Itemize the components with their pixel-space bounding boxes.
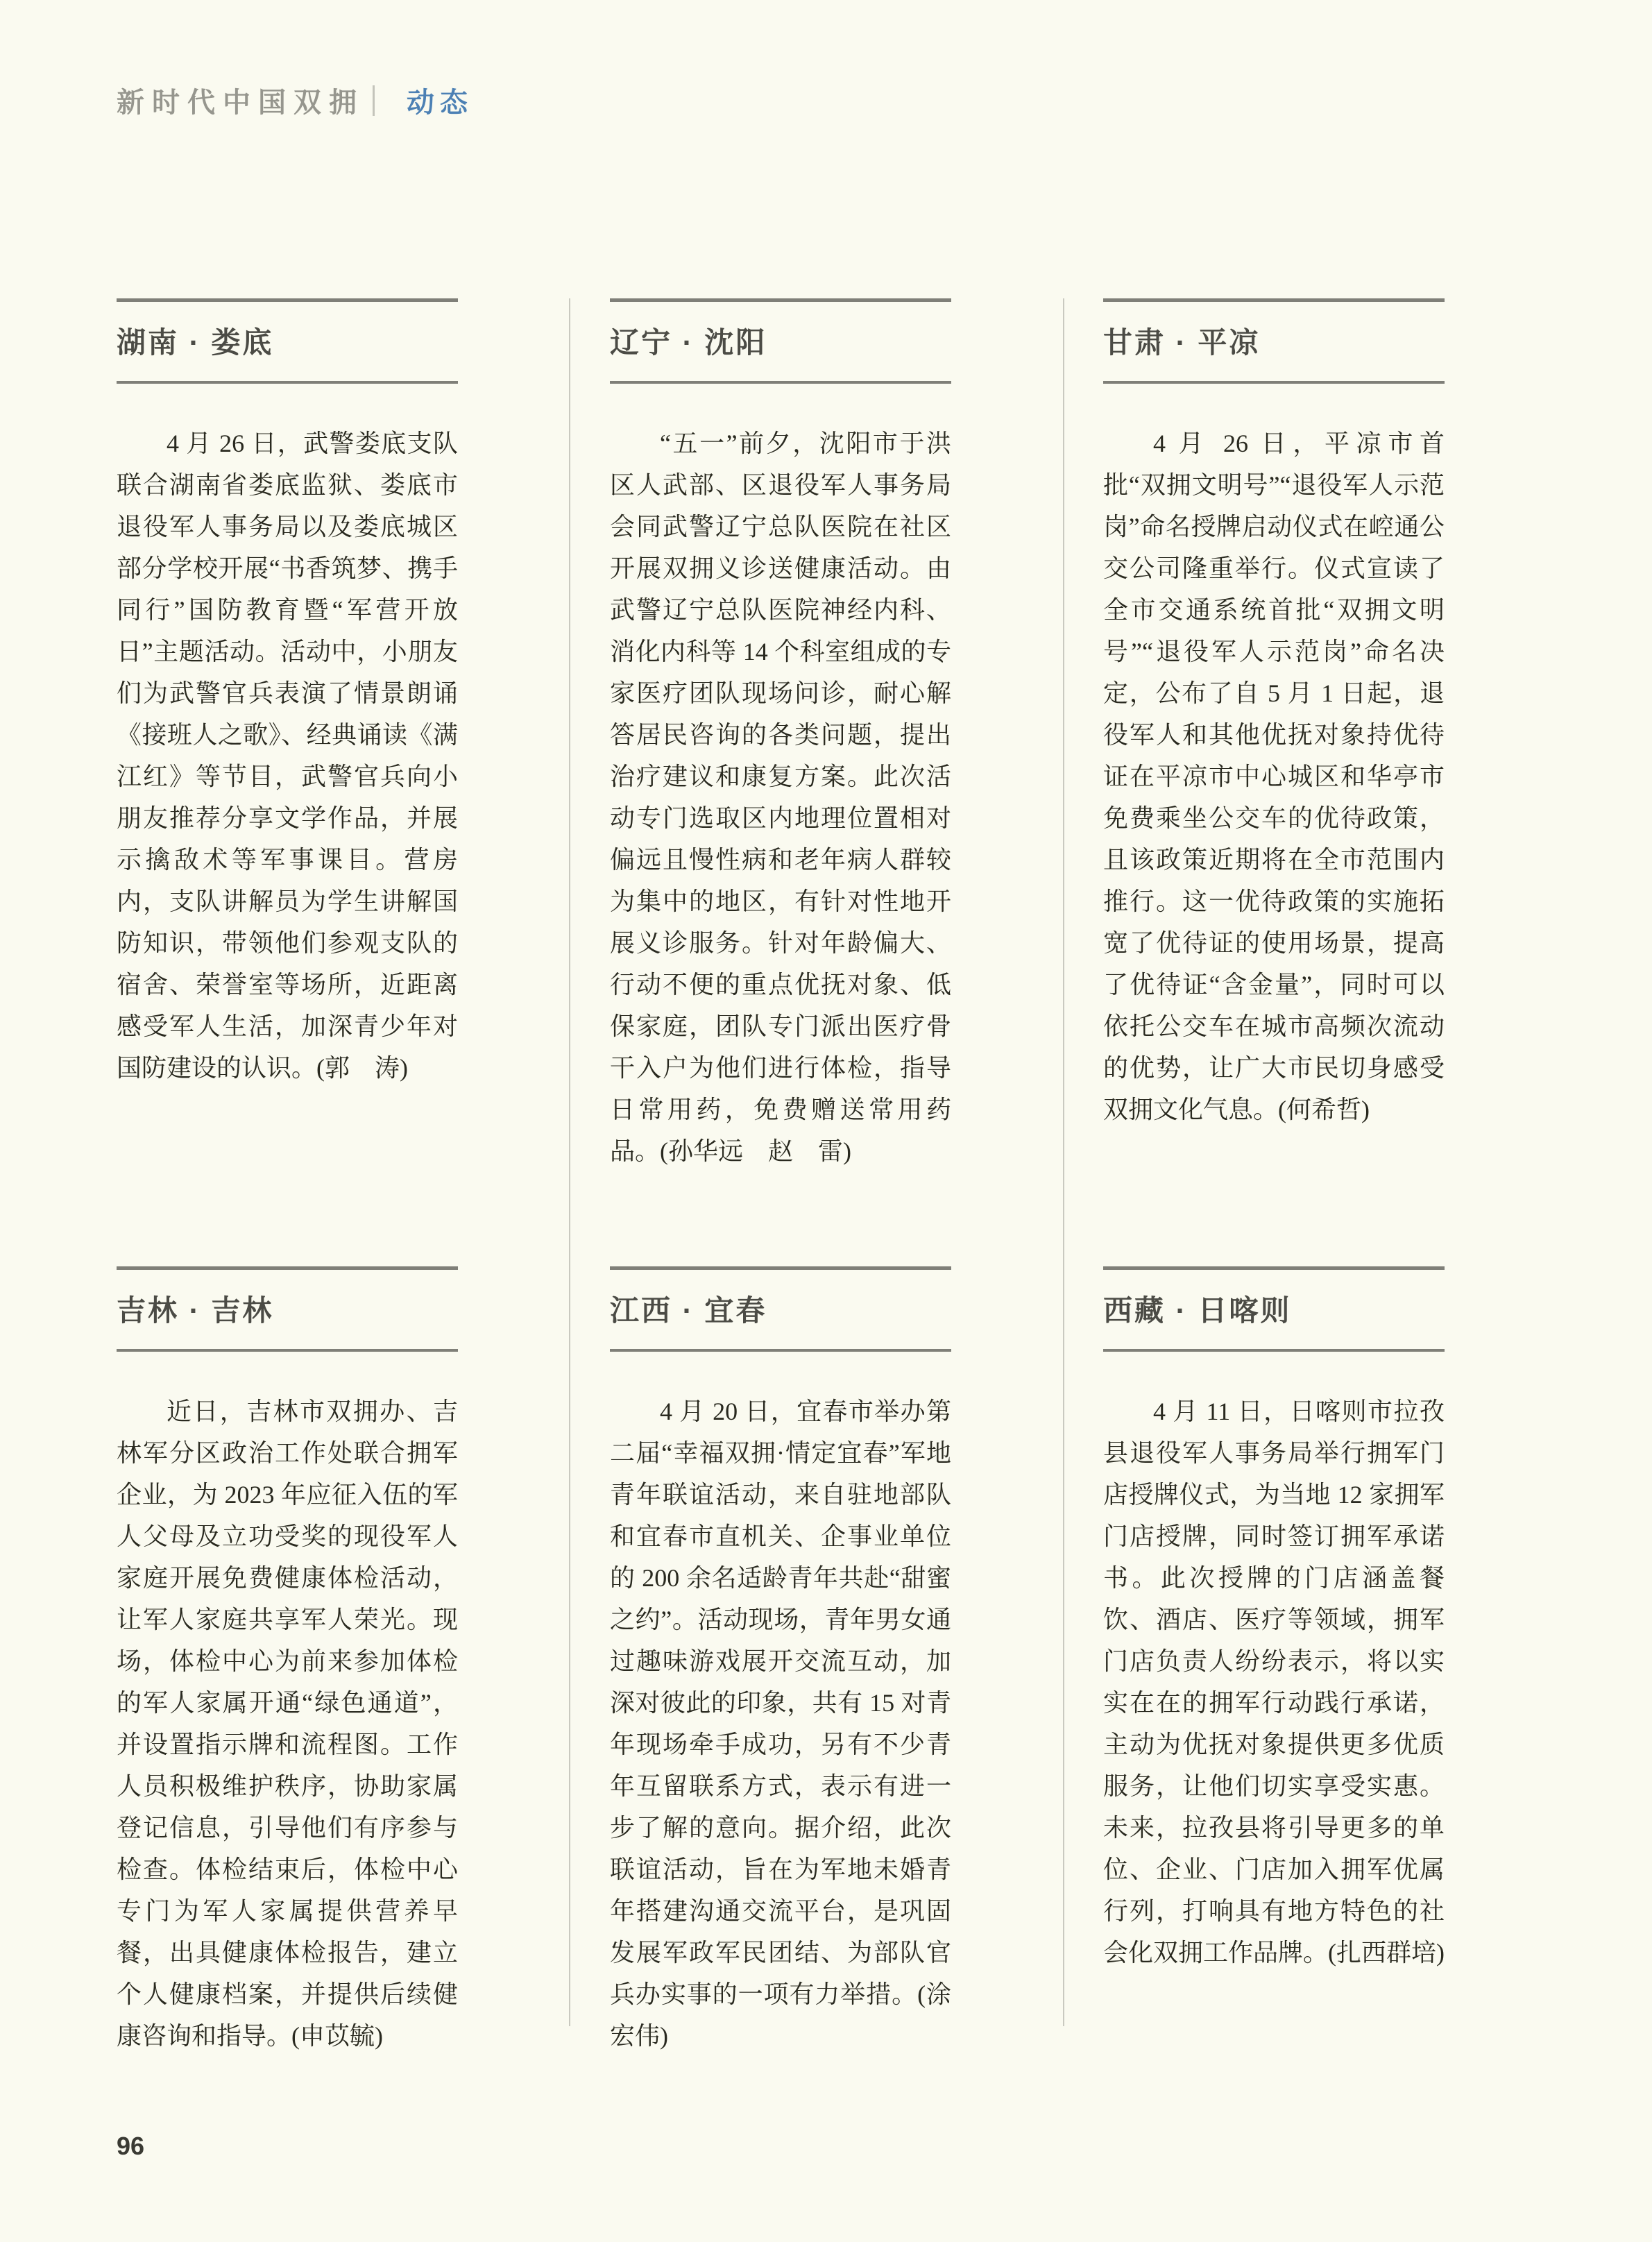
- article-region-title: 甘肃 · 平凉: [1103, 320, 1445, 362]
- article-jilin-jilin: 吉林 · 吉林 近日，吉林市双拥办、吉林军分区政治工作处联合拥军企业，为 202…: [117, 1266, 458, 2057]
- article-xizang-rikaze: 西藏 · 日喀则 4 月 11 日，日喀则市拉孜县退役军人事务局举行拥军门店授牌…: [1103, 1266, 1445, 2057]
- magazine-title: 新时代中国双拥: [117, 80, 364, 120]
- article-region-title: 湖南 · 娄底: [117, 320, 458, 362]
- article-region-title: 西藏 · 日喀则: [1103, 1288, 1445, 1330]
- magazine-page: 新时代中国双拥 动态 湖南 · 娄底 4 月 26 日，武警娄底支队联合湖南省娄…: [0, 0, 1652, 2242]
- article-header: 甘肃 · 平凉: [1103, 298, 1445, 384]
- article-body: 4 月 20 日，宜春市举办第二届“幸福双拥·情定宜春”军地青年联谊活动，来自驻…: [610, 1391, 951, 2057]
- article-header: 吉林 · 吉林: [117, 1266, 458, 1352]
- article-body: 4 月 26 日，武警娄底支队联合湖南省娄底监狱、娄底市退役军人事务局以及娄底城…: [117, 423, 458, 1089]
- article-hunan-loudi: 湖南 · 娄底 4 月 26 日，武警娄底支队联合湖南省娄底监狱、娄底市退役军人…: [117, 298, 458, 1172]
- article-gansu-pingliang: 甘肃 · 平凉 4 月 26 日，平凉市首批“双拥文明号”“退役军人示范岗”命名…: [1103, 298, 1445, 1172]
- article-header: 湖南 · 娄底: [117, 298, 458, 384]
- article-header: 辽宁 · 沈阳: [610, 298, 951, 384]
- articles-row-2: 吉林 · 吉林 近日，吉林市双拥办、吉林军分区政治工作处联合拥军企业，为 202…: [117, 1266, 1445, 2057]
- article-body: 4 月 11 日，日喀则市拉孜县退役军人事务局举行拥军门店授牌仪式，为当地 12…: [1103, 1391, 1445, 1973]
- page-number: 96: [117, 2132, 144, 2161]
- header-divider-bar: [373, 85, 375, 116]
- article-body: 4 月 26 日，平凉市首批“双拥文明号”“退役军人示范岗”命名授牌启动仪式在崆…: [1103, 423, 1445, 1130]
- article-header: 江西 · 宜春: [610, 1266, 951, 1352]
- articles-row-1: 湖南 · 娄底 4 月 26 日，武警娄底支队联合湖南省娄底监狱、娄底市退役军人…: [117, 298, 1445, 1172]
- section-name: 动态: [407, 80, 473, 120]
- article-body: 近日，吉林市双拥办、吉林军分区政治工作处联合拥军企业，为 2023 年应征入伍的…: [117, 1391, 458, 2057]
- article-header: 西藏 · 日喀则: [1103, 1266, 1445, 1352]
- article-region-title: 江西 · 宜春: [610, 1288, 951, 1330]
- article-liaoning-shenyang: 辽宁 · 沈阳 “五一”前夕，沈阳市于洪区人武部、区退役军人事务局会同武警辽宁总…: [610, 298, 951, 1172]
- article-region-title: 吉林 · 吉林: [117, 1288, 458, 1330]
- article-region-title: 辽宁 · 沈阳: [610, 320, 951, 362]
- article-jiangxi-yichun: 江西 · 宜春 4 月 20 日，宜春市举办第二届“幸福双拥·情定宜春”军地青年…: [610, 1266, 951, 2057]
- article-body: “五一”前夕，沈阳市于洪区人武部、区退役军人事务局会同武警辽宁总队医院在社区开展…: [610, 423, 951, 1172]
- page-header: 新时代中国双拥 动态: [117, 80, 473, 120]
